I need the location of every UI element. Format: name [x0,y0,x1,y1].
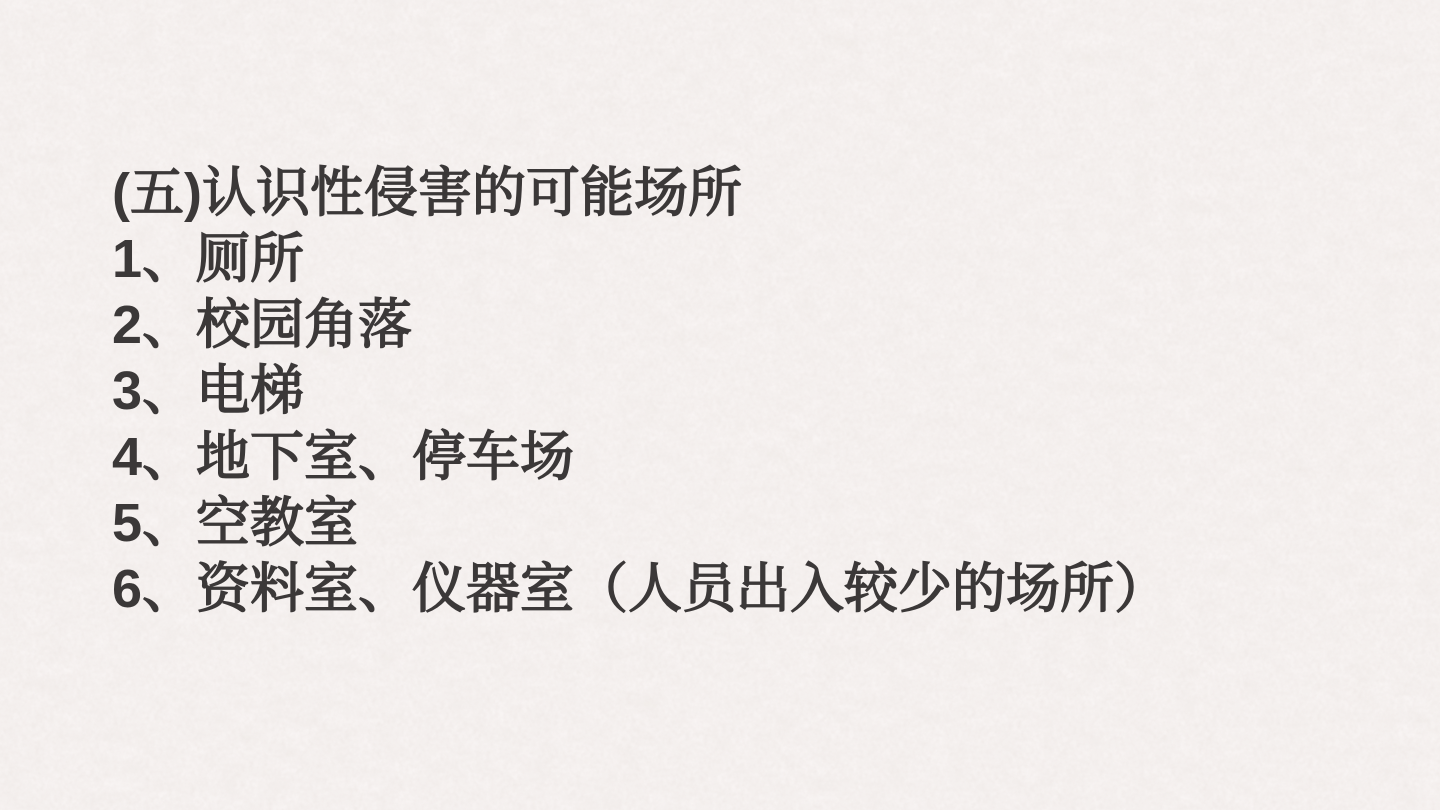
list-item-1: 1、厕所 [112,226,1380,292]
list-item-2: 2、校园角落 [112,292,1380,358]
slide-title: (五)认识性侵害的可能场所 [112,160,1380,226]
list-item-3: 3、电梯 [112,358,1380,424]
presentation-slide: (五)认识性侵害的可能场所 1、厕所 2、校园角落 3、电梯 4、地下室、停车场… [0,0,1440,810]
list-item-6: 6、资料室、仪器室（人员出入较少的场所） [112,556,1380,622]
slide-content: (五)认识性侵害的可能场所 1、厕所 2、校园角落 3、电梯 4、地下室、停车场… [112,160,1380,622]
list-item-5: 5、空教室 [112,490,1380,556]
list-item-4: 4、地下室、停车场 [112,424,1380,490]
